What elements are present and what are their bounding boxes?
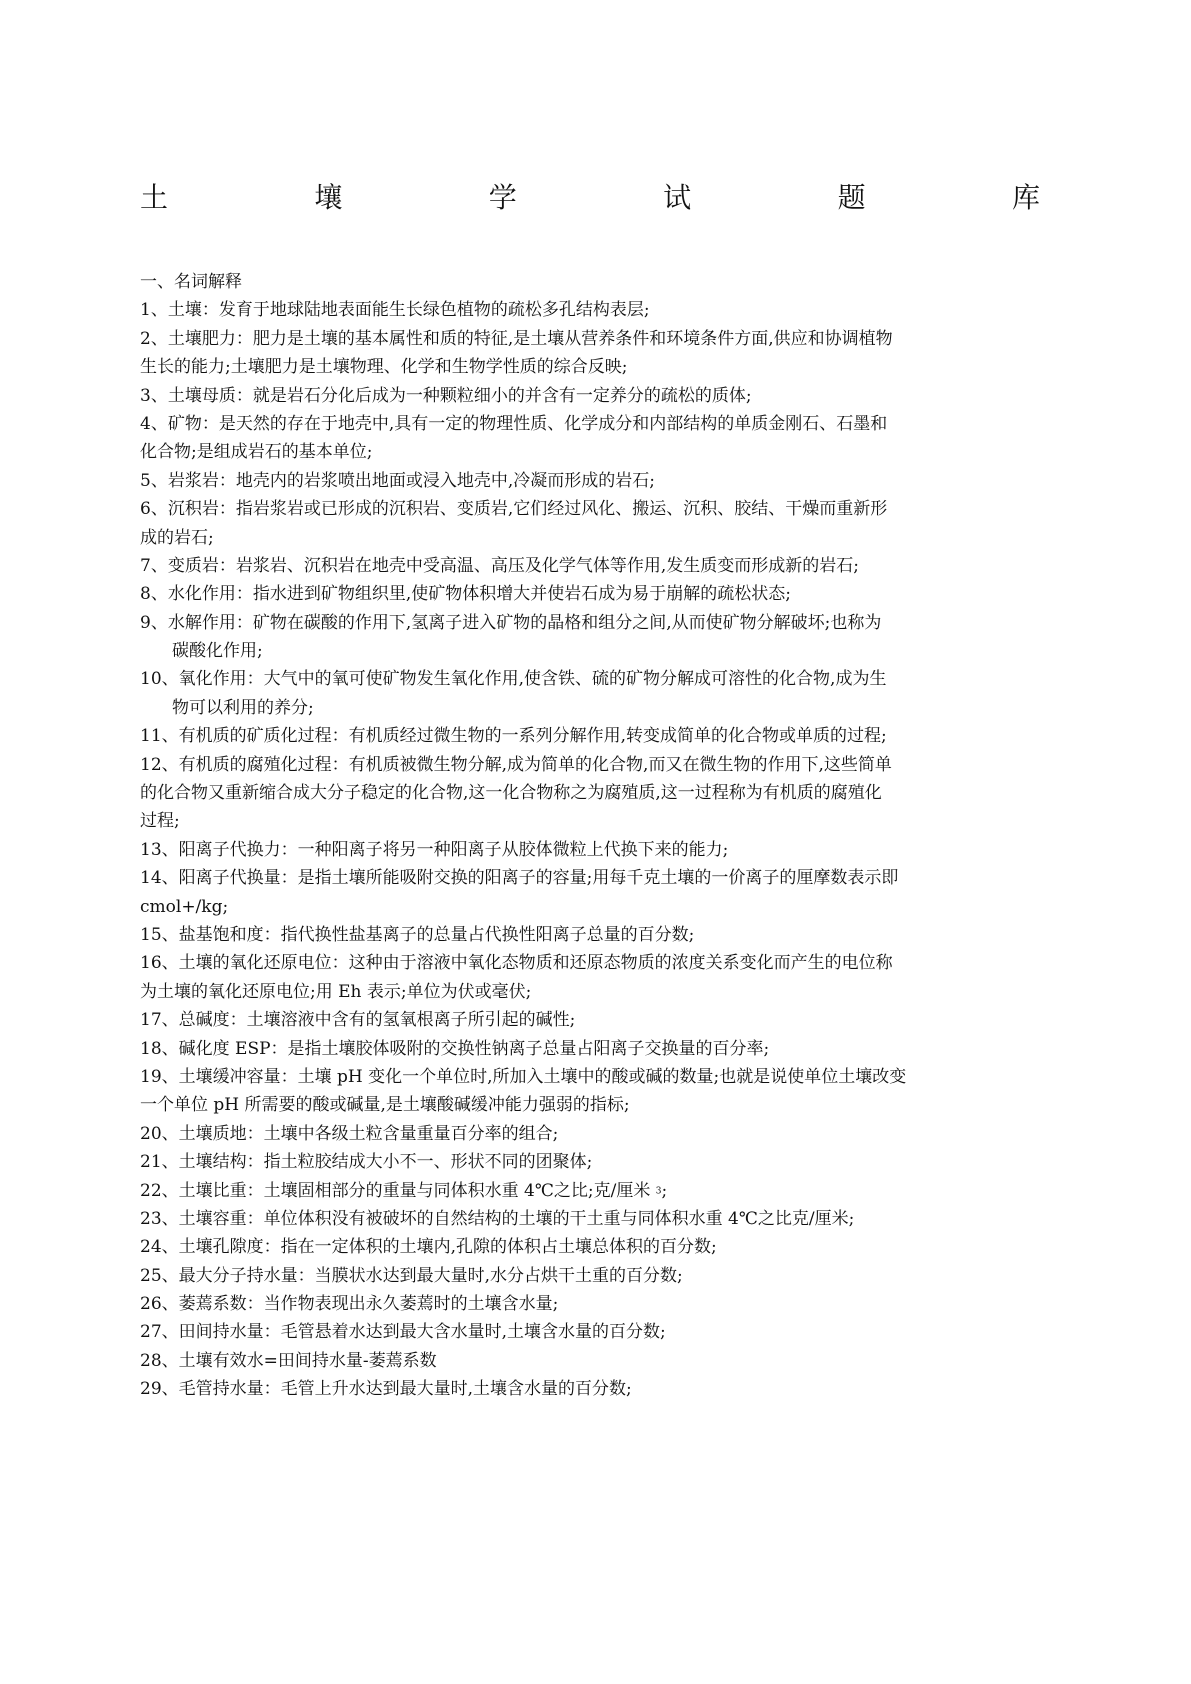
definition-text: 6、沉积岩：指岩浆岩或已形成的沉积岩、变质岩,它们经过风化、搬运、沉积、胶结、干…	[140, 499, 887, 519]
definition-text: 10、氧化作用：大气中的氧可使矿物发生氧化作用,使含铁、硫的矿物分解成可溶性的化…	[140, 669, 886, 689]
definition-text: 碳酸化作用;	[172, 641, 263, 661]
definition-line: 23、土壤容重：单位体积没有被破坏的自然结构的土壤的干土重与同体积水重 4℃之比…	[140, 1205, 1040, 1233]
definition-line: 1、土壤：发育于地球陆地表面能生长绿色植物的疏松多孔结构表层;	[140, 296, 1040, 324]
definition-text: cmol+/kg;	[140, 897, 228, 917]
definition-line: 25、最大分子持水量：当膜状水达到最大量时,水分占烘干土重的百分数;	[140, 1262, 1040, 1290]
title-char: 题	[838, 180, 866, 216]
definition-line: 3、土壤母质：就是岩石分化后成为一种颗粒细小的并含有一定养分的疏松的质体;	[140, 382, 1040, 410]
definition-line: 29、毛管持水量：毛管上升水达到最大量时,土壤含水量的百分数;	[140, 1375, 1040, 1403]
definition-line: 过程;	[140, 807, 1040, 835]
definition-text: 19、土壤缓冲容量：土壤 pH 变化一个单位时,所加入土壤中的酸或碱的数量;也就…	[140, 1067, 906, 1087]
definition-line: 的化合物又重新缩合成大分子稳定的化合物,这一化合物称之为腐殖质,这一过程称为有机…	[140, 779, 1040, 807]
definition-line: 27、田间持水量：毛管悬着水达到最大含水量时,土壤含水量的百分数;	[140, 1318, 1040, 1346]
definition-text: 20、土壤质地：土壤中各级土粒含量重量百分率的组合;	[140, 1124, 558, 1144]
definition-text: 14、阳离子代换量：是指土壤所能吸附交换的阳离子的容量;用每千克土壤的一价离子的…	[140, 868, 898, 888]
definition-line: 21、土壤结构：指土粒胶结成大小不一、形状不同的团聚体;	[140, 1148, 1040, 1176]
definition-line: 为土壤的氧化还原电位;用 Eh 表示;单位为伏或毫伏;	[140, 978, 1040, 1006]
title-char: 试	[663, 180, 691, 216]
definition-line: 5、岩浆岩：地壳内的岩浆喷出地面或浸入地壳中,冷凝而形成的岩石;	[140, 467, 1040, 495]
definition-text: 25、最大分子持水量：当膜状水达到最大量时,水分占烘干土重的百分数;	[140, 1266, 683, 1286]
title-char: 库	[1012, 180, 1040, 216]
definition-text: 9、水解作用：矿物在碳酸的作用下,氢离子进入矿物的晶格和组分之间,从而使矿物分解…	[140, 613, 881, 633]
definition-text: 15、盐基饱和度：指代换性盐基离子的总量占代换性阳离子总量的百分数;	[140, 925, 694, 945]
definition-line: 6、沉积岩：指岩浆岩或已形成的沉积岩、变质岩,它们经过风化、搬运、沉积、胶结、干…	[140, 495, 1040, 523]
definition-text: 5、岩浆岩：地壳内的岩浆喷出地面或浸入地壳中,冷凝而形成的岩石;	[140, 471, 655, 491]
definition-line: 7、变质岩：岩浆岩、沉积岩在地壳中受高温、高压及化学气体等作用,发生质变而形成新…	[140, 552, 1040, 580]
document-body: 一、名词解释 1、土壤：发育于地球陆地表面能生长绿色植物的疏松多孔结构表层;2、…	[140, 268, 1040, 1404]
definition-line: 10、氧化作用：大气中的氧可使矿物发生氧化作用,使含铁、硫的矿物分解成可溶性的化…	[140, 665, 1040, 693]
definition-text: 29、毛管持水量：毛管上升水达到最大量时,土壤含水量的百分数;	[140, 1379, 632, 1399]
definition-text: 28、土壤有效水=田间持水量-萎蔫系数	[140, 1351, 437, 1371]
document-title: 土 壤 学 试 题 库	[140, 180, 1040, 216]
definition-text: 11、有机质的矿质化过程：有机质经过微生物的一系列分解作用,转变成简单的化合物或…	[140, 726, 887, 746]
definition-text: 27、田间持水量：毛管悬着水达到最大含水量时,土壤含水量的百分数;	[140, 1322, 666, 1342]
definition-text: 一个单位 pH 所需要的酸或碱量,是土壤酸碱缓冲能力强弱的指标;	[140, 1095, 630, 1115]
definition-line: 12、有机质的腐殖化过程：有机质被微生物分解,成为简单的化合物,而又在微生物的作…	[140, 751, 1040, 779]
definition-line: 9、水解作用：矿物在碳酸的作用下,氢离子进入矿物的晶格和组分之间,从而使矿物分解…	[140, 609, 1040, 637]
definition-line: 19、土壤缓冲容量：土壤 pH 变化一个单位时,所加入土壤中的酸或碱的数量;也就…	[140, 1063, 1040, 1091]
definition-text: 18、碱化度 ESP：是指土壤胶体吸附的交换性钠离子总量占阳离子交换量的百分率;	[140, 1039, 769, 1059]
definition-text: 2、土壤肥力：肥力是土壤的基本属性和质的特征,是土壤从营养条件和环境条件方面,供…	[140, 329, 893, 349]
definition-text: 16、土壤的氧化还原电位：这种由于溶液中氧化态物质和还原态物质的浓度关系变化而产…	[140, 953, 893, 973]
definition-text: 8、水化作用：指水进到矿物组织里,使矿物体积增大并使岩石成为易于崩解的疏松状态;	[140, 584, 791, 604]
definition-text: 23、土壤容重：单位体积没有被破坏的自然结构的土壤的干土重与同体积水重 4℃之比…	[140, 1209, 854, 1229]
definition-line: 4、矿物：是天然的存在于地壳中,具有一定的物理性质、化学成分和内部结构的单质金刚…	[140, 410, 1040, 438]
definition-line: 16、土壤的氧化还原电位：这种由于溶液中氧化态物质和还原态物质的浓度关系变化而产…	[140, 949, 1040, 977]
definition-text: 1、土壤：发育于地球陆地表面能生长绿色植物的疏松多孔结构表层;	[140, 300, 650, 320]
definition-line: 18、碱化度 ESP：是指土壤胶体吸附的交换性钠离子总量占阳离子交换量的百分率;	[140, 1035, 1040, 1063]
definition-line: 22、土壤比重：土壤固相部分的重量与同体积水重 4℃之比;克/厘米 3;	[140, 1177, 1040, 1205]
definition-line: 14、阳离子代换量：是指土壤所能吸附交换的阳离子的容量;用每千克土壤的一价离子的…	[140, 864, 1040, 892]
definition-text: 12、有机质的腐殖化过程：有机质被微生物分解,成为简单的化合物,而又在微生物的作…	[140, 755, 892, 775]
definition-text: 7、变质岩：岩浆岩、沉积岩在地壳中受高温、高压及化学气体等作用,发生质变而形成新…	[140, 556, 859, 576]
definition-line: 8、水化作用：指水进到矿物组织里,使矿物体积增大并使岩石成为易于崩解的疏松状态;	[140, 580, 1040, 608]
title-char: 壤	[314, 180, 342, 216]
definition-text: 13、阳离子代换力：一种阳离子将另一种阳离子从胶体微粒上代换下来的能力;	[140, 840, 728, 860]
definition-line: 化合物;是组成岩石的基本单位;	[140, 438, 1040, 466]
definition-text: 生长的能力;土壤肥力是土壤物理、化学和生物学性质的综合反映;	[140, 357, 627, 377]
definition-text: 物可以利用的养分;	[172, 698, 314, 718]
definition-line: 物可以利用的养分;	[140, 694, 1040, 722]
definition-text: 的化合物又重新缩合成大分子稳定的化合物,这一化合物称之为腐殖质,这一过程称为有机…	[140, 783, 882, 803]
definition-line: 碳酸化作用;	[140, 637, 1040, 665]
definition-line: 28、土壤有效水=田间持水量-萎蔫系数	[140, 1347, 1040, 1375]
definition-text: 24、土壤孔隙度：指在一定体积的土壤内,孔隙的体积占土壤总体积的百分数;	[140, 1237, 717, 1257]
definition-text: 过程;	[140, 811, 180, 831]
definition-line: 成的岩石;	[140, 524, 1040, 552]
definition-text: 化合物;是组成岩石的基本单位;	[140, 442, 372, 462]
definition-text: 4、矿物：是天然的存在于地壳中,具有一定的物理性质、化学成分和内部结构的单质金刚…	[140, 414, 887, 434]
definition-line: 15、盐基饱和度：指代换性盐基离子的总量占代换性阳离子总量的百分数;	[140, 921, 1040, 949]
title-char: 土	[140, 180, 168, 216]
section-heading: 一、名词解释	[140, 268, 1040, 296]
definition-line: 生长的能力;土壤肥力是土壤物理、化学和生物学性质的综合反映;	[140, 353, 1040, 381]
definition-line: 一个单位 pH 所需要的酸或碱量,是土壤酸碱缓冲能力强弱的指标;	[140, 1091, 1040, 1119]
definition-line: 24、土壤孔隙度：指在一定体积的土壤内,孔隙的体积占土壤总体积的百分数;	[140, 1233, 1040, 1261]
definition-line: 2、土壤肥力：肥力是土壤的基本属性和质的特征,是土壤从营养条件和环境条件方面,供…	[140, 325, 1040, 353]
definition-text: 为土壤的氧化还原电位;用 Eh 表示;单位为伏或毫伏;	[140, 982, 531, 1002]
definition-line: 13、阳离子代换力：一种阳离子将另一种阳离子从胶体微粒上代换下来的能力;	[140, 836, 1040, 864]
definition-text: 22、土壤比重：土壤固相部分的重量与同体积水重 4℃之比;克/厘米	[140, 1181, 650, 1201]
definition-text: 成的岩石;	[140, 528, 214, 548]
definition-line: 26、萎蔫系数：当作物表现出永久萎蔫时的土壤含水量;	[140, 1290, 1040, 1318]
definition-suffix: ;	[661, 1181, 667, 1201]
definition-text: 17、总碱度：土壤溶液中含有的氢氧根离子所引起的碱性;	[140, 1010, 575, 1030]
definition-line: 17、总碱度：土壤溶液中含有的氢氧根离子所引起的碱性;	[140, 1006, 1040, 1034]
title-char: 学	[489, 180, 517, 216]
definition-text: 26、萎蔫系数：当作物表现出永久萎蔫时的土壤含水量;	[140, 1294, 558, 1314]
definition-text: 21、土壤结构：指土粒胶结成大小不一、形状不同的团聚体;	[140, 1152, 592, 1172]
definition-line: 11、有机质的矿质化过程：有机质经过微生物的一系列分解作用,转变成简单的化合物或…	[140, 722, 1040, 750]
definition-line: 20、土壤质地：土壤中各级土粒含量重量百分率的组合;	[140, 1120, 1040, 1148]
definition-line: cmol+/kg;	[140, 893, 1040, 921]
definition-text: 3、土壤母质：就是岩石分化后成为一种颗粒细小的并含有一定养分的疏松的质体;	[140, 386, 752, 406]
